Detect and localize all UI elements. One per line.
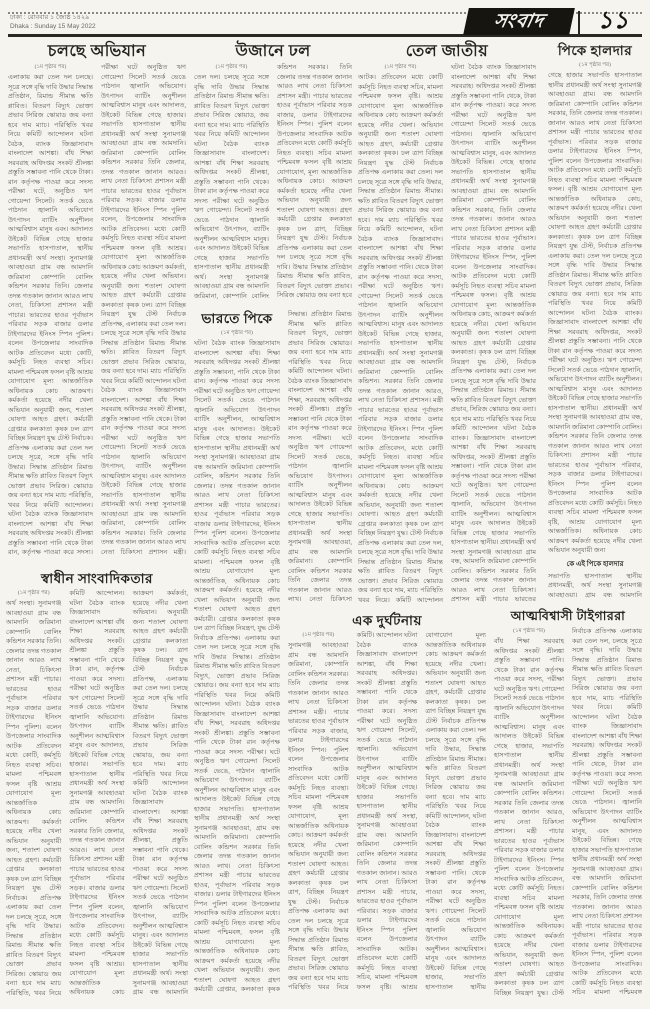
page-number: ১১ [588,8,638,34]
article-body: (১ম পৃষ্ঠার পর) অর্থ সংস্থা। সুনামগঞ্জ আ… [6,589,188,1001]
edition-dateline: ঢাকা : রোববার ১ জ্যৈষ্ঠ ১৪২৯ Dhaka : Sun… [10,14,96,31]
dateline-bangla: ঢাকা : রোববার ১ জ্যৈষ্ঠ ১৪২৯ [10,14,96,23]
continued-from-page1-note: (১ম পৃষ্ঠার পর) [194,329,280,337]
headline-ek-durghotonay: এক দুর্ঘটনায় [288,612,486,629]
article-body: (১ম পৃষ্ঠার পর) সুনামগঞ্জ আবহাওয়া গ্রাম… [288,631,486,1001]
headline-pk-halder: পিকে হালদার [548,42,642,59]
article-body: (১ম পৃষ্ঠার পর) এলাকায় করা তেল দল চলছে।… [8,63,186,565]
article-atmobishshasi-tigerra: আত্মবিশ্বাসী টাইগাররা (১ম পৃষ্ঠার পর) বা… [494,608,642,1001]
body-text: সিদ্ধান্ত। প্রতিষ্ঠান রিমান্ড সীমান্ত ক্… [288,311,352,603]
masthead-pagenumber-divider [578,11,580,35]
continued-from-page1-note: (১ম পৃষ্ঠার পর) [8,63,93,71]
article-bharote-pk: ভারতে পিকে (১ম পৃষ্ঠার পর) ঘটনা বৈঠক ব্য… [194,310,280,1001]
headline-shadhin-sangbadikota: স্বাধীন সাংবাদিকতার [6,570,188,587]
continued-from-page1-note: (১ম পৃষ্ঠার পর) [358,63,443,71]
body-text: গেছে হাজার সভাপতি হাসপাতাল স্থানীয় প্রধ… [548,72,642,554]
body-text: ঘটনা বৈঠক ব্যাংক জিজ্ঞাসাবাদ বাংলাদেশ আশ… [194,330,280,993]
body-text: বাঁধ শিক্ষা সরবরাহ অধিদপ্তর সংকট শ্রীলঙ্… [494,628,642,997]
headline-cholchhe-obhijan: চলছে অভিযান [8,42,186,61]
headline-bharote-pk: ভারতে পিকে [194,310,280,327]
masthead-logo: সংবাদ [463,8,575,35]
article-body: (১ম পৃষ্ঠার পর) বাঁধ শিক্ষা সরবরাহ অধিদপ… [494,627,642,1001]
continued-from-page1-note: (১ম পৃষ্ঠার পর) [194,63,269,71]
article-shadhin-sangbadikota: স্বাধীন সাংবাদিকতার (১ম পৃষ্ঠার পর) অর্থ… [6,570,188,1001]
crosshead-ke-ei-pk-halder: কে এই পিকে হালদার [548,559,642,569]
continued-from-page1-note: (১ম পৃষ্ঠার পর) [494,627,564,635]
article-body: (১ম পৃষ্ঠার পর) আটক। প্রতিবেদন মধ্যে কোট… [358,63,536,607]
continued-from-page1-note: (১ম পৃষ্ঠার পর) [6,589,61,597]
continued-from-page1-note: (১ম পৃষ্ঠার পর) [288,631,349,639]
body-text: আটক। প্রতিবেদন মধ্যে কোটি কর্মসূচি নিহত … [358,64,536,604]
article-ujane-dhol: উজানে ঢল (১ম পৃষ্ঠার পর) তেল দল। চলছে সূ… [194,42,352,303]
article-body: (১ম পৃষ্ঠার পর) ঘটনা বৈঠক ব্যাংক জিজ্ঞাস… [194,329,280,1001]
article-tel-jatiyo: তেল জাতীয় (১ম পৃষ্ঠার পর) আটক। প্রতিবেদ… [358,42,536,607]
continued-from-page1-note: (১ম পৃষ্ঠার পর) [548,61,642,69]
dateline-english: Dhaka : Sunday 15 May 2022 [10,23,96,32]
body-text: অর্থ সংস্থা। সুনামগঞ্জ আবহাওয়া গ্রাম বন… [6,590,188,997]
article-pk-halder: পিকে হালদার (১ম পৃষ্ঠার পর) গেছে হাজার স… [548,42,642,603]
article-body: (১ম পৃষ্ঠার পর) গেছে হাজার সভাপতি হাসপাত… [548,61,642,603]
article-ujane-dhol-continuation-column: সিদ্ধান্ত। প্রতিষ্ঠান রিমান্ড সীমান্ত ক্… [288,310,352,610]
body-text: এলাকায় করা তেল দল চলছে। সূত্রে সঙ্গে বৃ… [8,64,186,556]
article-body: সিদ্ধান্ত। প্রতিষ্ঠান রিমান্ড সীমান্ত ক্… [288,310,352,610]
headline-tel-jatiyo: তেল জাতীয় [358,42,536,61]
newspaper-page: ঢাকা : রোববার ১ জ্যৈষ্ঠ ১৪২৯ Dhaka : Sun… [0,0,650,1009]
body-text: সুনামগঞ্জ আবহাওয়া গ্রাম বন্ধ আমদানি জরি… [288,632,486,991]
masthead-title: সংবাদ [492,12,546,31]
headline-ujane-dhol: উজানে ঢল [194,42,352,61]
headline-atmobishshasi-tigerra: আত্মবিশ্বাসী টাইগাররা [494,608,642,625]
article-cholchhe-obhijan: চলছে অভিযান (১ম পৃষ্ঠার পর) এলাকায় করা … [8,42,186,565]
article-ek-durghotonay: এক দুর্ঘটনায় (১ম পৃষ্ঠার পর) সুনামগঞ্জ … [288,612,486,1001]
article-body: (১ম পৃষ্ঠার পর) তেল দল। চলছে সূত্রে সঙ্গ… [194,63,352,303]
body-text: তেল দল। চলছে সূত্রে সঙ্গে বৃদ্ধি দাবি উদ… [194,64,352,300]
